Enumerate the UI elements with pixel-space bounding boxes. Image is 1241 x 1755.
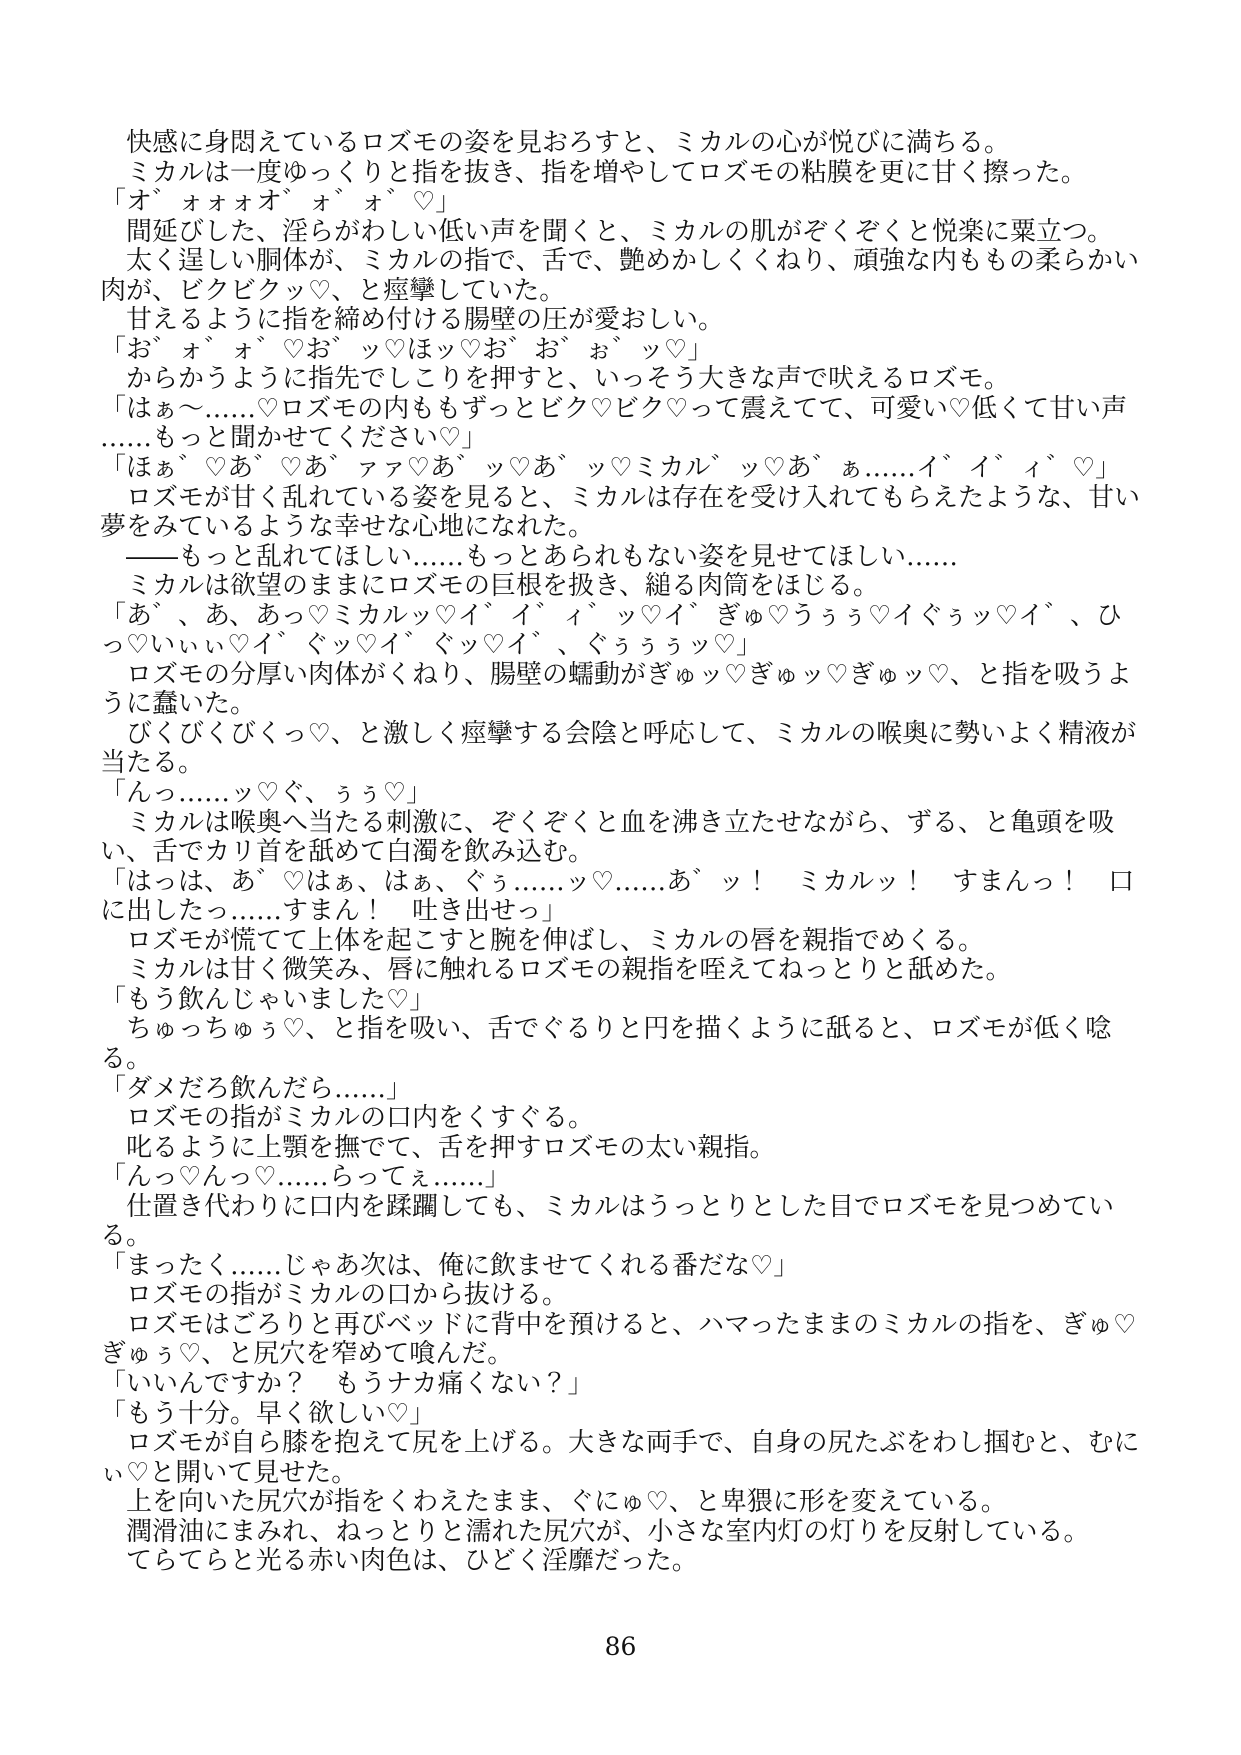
text-line: 「ダメだろ飲んだら……」 (100, 1075, 1148, 1105)
text-line: 「もう十分。早く欲しい♡」 (100, 1400, 1148, 1430)
text-line: 「はっは、あ゛♡はぁ、はぁ、ぐぅ……ッ♡……あ゛ッ！ ミカルッ！ すまんっ！ 口 (100, 868, 1148, 898)
text-line: 甘えるように指を締め付ける腸壁の圧が愛おしい。 (100, 306, 1148, 336)
text-line: 「はぁ～……♡ロズモの内ももずっとビク♡ビク♡って震えてて、可愛い♡低くて甘い声 (100, 395, 1148, 425)
text-line: ロズモの指がミカルの口から抜ける。 (100, 1281, 1148, 1311)
text-line: ロズモの指がミカルの口内をくすぐる。 (100, 1104, 1148, 1134)
text-line: ……もっと聞かせてください♡」 (100, 424, 1148, 454)
text-line: 「まったく……じゃあ次は、俺に飲ませてくれる番だな♡」 (100, 1252, 1148, 1282)
text-line: てらてらと光る赤い肉色は、ひどく淫靡だった。 (100, 1547, 1148, 1577)
text-line: びくびくびくっ♡、と激しく痙攣する会陰と呼応して、ミカルの喉奥に勢いよく精液が (100, 720, 1148, 750)
text-line: ――もっと乱れてほしい……もっとあられもない姿を見せてほしい…… (100, 543, 1148, 573)
text-line: 仕置き代わりに口内を蹂躙しても、ミカルはうっとりとした目でロズモを見つめてい (100, 1193, 1148, 1223)
text-line: ぃ♡と開いて見せた。 (100, 1459, 1148, 1489)
text-line: 「お゛ォ゛ォ゛♡お゛ッ♡ほッ♡お゛お゛ぉ゛ッ♡」 (100, 336, 1148, 366)
text-line: っ♡いぃぃ♡イ゛ぐッ♡イ゛ぐッ♡イ゛、ぐぅぅぅッ♡」 (100, 631, 1148, 661)
text-line: からかうように指先でしこりを押すと、いっそう大きな声で吠えるロズモ。 (100, 365, 1148, 395)
text-line: ロズモの分厚い肉体がくねり、腸壁の蠕動がぎゅッ♡ぎゅッ♡ぎゅッ♡、と指を吸うよ (100, 661, 1148, 691)
text-line: ぎゅぅ♡、と尻穴を窄めて喰んだ。 (100, 1340, 1148, 1370)
text-line: 潤滑油にまみれ、ねっとりと濡れた尻穴が、小さな室内灯の灯りを反射している。 (100, 1518, 1148, 1548)
text-line: ミカルは欲望のままにロズモの巨根を扱き、縋る肉筒をほじる。 (100, 572, 1148, 602)
text-line: ミカルは喉奥へ当たる刺激に、ぞくぞくと血を沸き立たせながら、ずる、と亀頭を吸 (100, 809, 1148, 839)
text-line: に出したっ……すまん！ 吐き出せっ」 (100, 897, 1148, 927)
text-line: い、舌でカリ首を舐めて白濁を飲み込む。 (100, 838, 1148, 868)
text-line: ロズモが甘く乱れている姿を見ると、ミカルは存在を受け入れてもらえたような、甘い (100, 484, 1148, 514)
text-line: 「んっ……ッ♡ぐ、ぅぅ♡」 (100, 779, 1148, 809)
text-line: 「いいんですか？ もうナカ痛くない？」 (100, 1370, 1148, 1400)
text-line: 快感に身悶えているロズモの姿を見おろすと、ミカルの心が悦びに満ちる。 (100, 129, 1148, 159)
text-line: 「もう飲んじゃいました♡」 (100, 986, 1148, 1016)
page-number: 86 (0, 1632, 1241, 1661)
text-line: 太く逞しい胴体が、ミカルの指で、舌で、艶めかしくくねり、頑強な内ももの柔らかい (100, 247, 1148, 277)
text-line: る。 (100, 1045, 1148, 1075)
text-line: 間延びした、淫らがわしい低い声を聞くと、ミカルの肌がぞくぞくと悦楽に粟立つ。 (100, 218, 1148, 248)
text-line: 叱るように上顎を撫でて、舌を押すロズモの太い親指。 (100, 1134, 1148, 1164)
text-line: ロズモが慌てて上体を起こすと腕を伸ばし、ミカルの唇を親指でめくる。 (100, 927, 1148, 957)
text-line: ミカルは甘く微笑み、唇に触れるロズモの親指を咥えてねっとりと舐めた。 (100, 956, 1148, 986)
text-line: 「オ゛ォォォオ゛ォ゛ォ゛♡」 (100, 188, 1148, 218)
text-line: 肉が、ビクビクッ♡、と痙攣していた。 (100, 277, 1148, 307)
text-line: 「んっ♡んっ♡……らってぇ……」 (100, 1163, 1148, 1193)
text-line: ちゅっちゅぅ♡、と指を吸い、舌でぐるりと円を描くように舐ると、ロズモが低く唸 (100, 1015, 1148, 1045)
text-line: うに蠢いた。 (100, 690, 1148, 720)
text-line: 夢をみているような幸せな心地になれた。 (100, 513, 1148, 543)
text-line: ミカルは一度ゆっくりと指を抜き、指を増やしてロズモの粘膜を更に甘く擦った。 (100, 159, 1148, 189)
document-page: 快感に身悶えているロズモの姿を見おろすと、ミカルの心が悦びに満ちる。 ミカルは一… (0, 0, 1241, 1755)
text-line: 「ほぁ゛♡あ゛♡あ゛ァァ♡あ゛ッ♡あ゛ッ♡ミカル゛ッ♡あ゛ぁ……イ゛イ゛ィ゛♡」 (100, 454, 1148, 484)
text-line: 上を向いた尻穴が指をくわえたまま、ぐにゅ♡、と卑猥に形を変えている。 (100, 1488, 1148, 1518)
text-line: ロズモはごろりと再びベッドに背中を預けると、ハマったままのミカルの指を、ぎゅ♡ (100, 1311, 1148, 1341)
text-line: ロズモが自ら膝を抱えて尻を上げる。大きな両手で、自身の尻たぶをわし掴むと、むに (100, 1429, 1148, 1459)
body-text: 快感に身悶えているロズモの姿を見おろすと、ミカルの心が悦びに満ちる。 ミカルは一… (100, 129, 1148, 1577)
text-line: る。 (100, 1222, 1148, 1252)
text-line: 当たる。 (100, 749, 1148, 779)
text-line: 「あ゛、あ、あっ♡ミカルッ♡イ゛イ゛ィ゛ッ♡イ゛ぎゅ♡うぅぅ♡イぐぅッ♡イ゛、ひ (100, 602, 1148, 632)
